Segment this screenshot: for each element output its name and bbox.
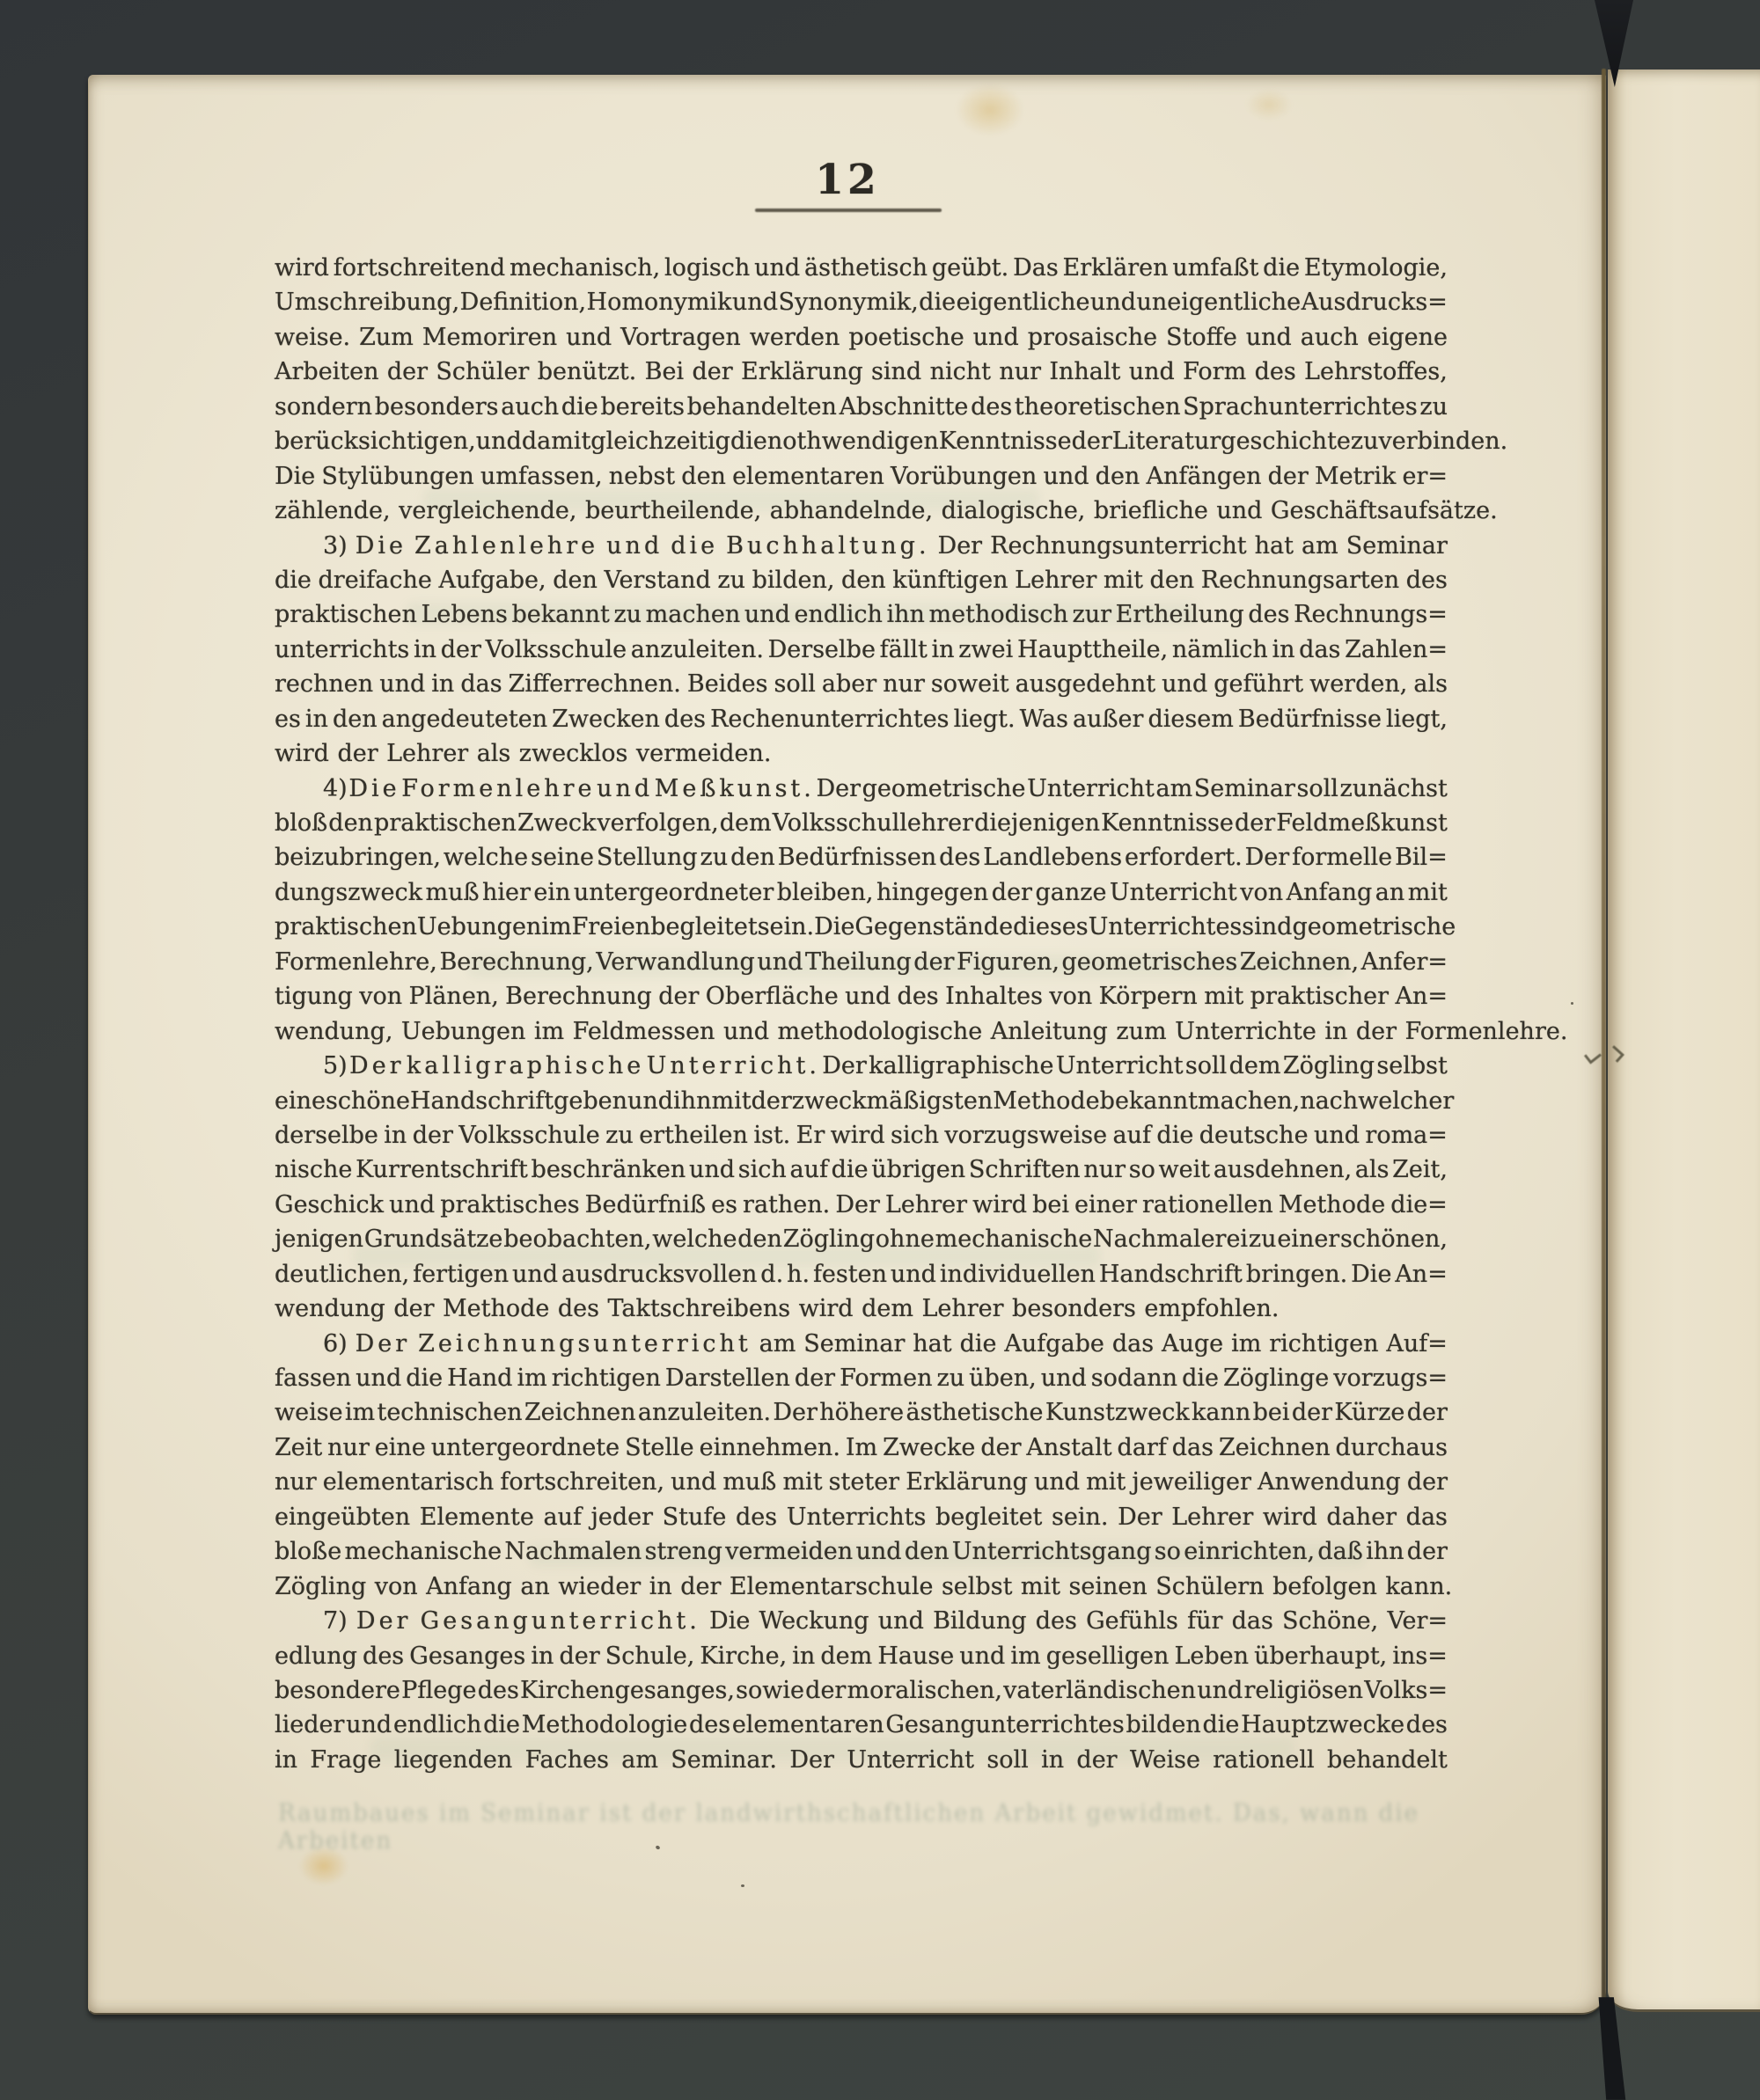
text-line: weiseimtechnischenZeichnenanzuleiten.Der… xyxy=(275,1399,1448,1433)
text-line: ZeitnureineuntergeordneteStelleeinnehmen… xyxy=(275,1434,1448,1468)
text-line: 5)DerkalligraphischeUnterricht.Derkallig… xyxy=(275,1052,1448,1087)
text-line: sondernbesondersauchdiebereitsbehandelte… xyxy=(275,393,1448,428)
text-line: besonderePflegedesKirchengesanges,sowied… xyxy=(275,1677,1448,1711)
text-line: bloßdenpraktischenZweckverfolgen,demVolk… xyxy=(275,809,1448,844)
text-line: wirdderLehreralszwecklosvermeiden. xyxy=(275,740,1448,774)
text-line: 6)DerZeichnungsunterrichtamSeminarhatdie… xyxy=(275,1330,1448,1365)
text-line: wendungderMethodedesTaktschreibenswirdde… xyxy=(275,1295,1448,1329)
text-line: liederundendlichdieMethodologiedeselemen… xyxy=(275,1711,1448,1745)
text-line: dungszweckmußhiereinuntergeordneterbleib… xyxy=(275,879,1448,913)
text-line: ZöglingvonAnfanganwiederinderElementarsc… xyxy=(275,1573,1448,1607)
text-line: eingeübtenElementeaufjederStufedesUnterr… xyxy=(275,1504,1448,1538)
text-line: jenigenGrundsätzebeobachten,welchedenZög… xyxy=(275,1226,1448,1260)
text-line: nurelementarischfortschreiten,undmußmits… xyxy=(275,1468,1448,1503)
text-line: ArbeitenderSchülerbenützt.BeiderErklärun… xyxy=(275,358,1448,392)
text-line: Formenlehre,Berechnung,VerwandlungundThe… xyxy=(275,948,1448,983)
text-line: 7)DerGesangunterricht.DieWeckungundBildu… xyxy=(275,1607,1448,1642)
page-number-rule xyxy=(755,209,942,212)
text-line: diedreifacheAufgabe,denVerstandzubilden,… xyxy=(275,567,1448,601)
text-line: eineschöneHandschriftgebenundihnmitderzw… xyxy=(275,1087,1448,1122)
page-number: 12 xyxy=(759,156,935,204)
body-text: wirdfortschreitendmechanisch,logischundä… xyxy=(275,254,1448,1781)
text-line: inFrageliegendenFachesamSeminar.DerUnter… xyxy=(275,1746,1448,1781)
text-line: esindenangedeutetenZweckendesRechenunter… xyxy=(275,706,1448,740)
text-line: DieStylübungenumfassen,nebstdenelementar… xyxy=(275,463,1448,497)
paper-stain xyxy=(1246,89,1292,121)
text-line: derselbeinderVolksschulezuertheilenist.E… xyxy=(275,1122,1448,1156)
text-line: tigungvonPlänen,BerechnungderOberflächeu… xyxy=(275,983,1448,1017)
book-page: 12 wirdfortschreitendmechanisch,logischu… xyxy=(88,75,1606,2015)
page-fold xyxy=(1602,69,1606,2011)
text-line: unterrichtsinderVolksschuleanzuleiten.De… xyxy=(275,636,1448,670)
text-line: 3)DieZahlenlehreunddieBuchhaltung.DerRec… xyxy=(275,532,1448,567)
bleedthrough-text: Raumbaues im Seminar ist der landwirthsc… xyxy=(278,1800,1422,1855)
text-line: fassenunddieHandimrichtigenDarstellender… xyxy=(275,1365,1448,1399)
text-line: edlungdesGesangesinderSchule,Kirche,inde… xyxy=(275,1643,1448,1677)
text-line: praktischenUebungenimFreienbegleitetsein… xyxy=(275,913,1448,948)
text-line: praktischenLebensbekanntzumachenundendli… xyxy=(275,601,1448,635)
binding-stitch xyxy=(1580,1043,1626,1070)
adjacent-page-edge xyxy=(1608,70,1760,2012)
text-line: zählende,vergleichende,beurtheilende,abh… xyxy=(275,497,1448,531)
text-line: bloßemechanischeNachmalenstrengvermeiden… xyxy=(275,1538,1448,1572)
text-line: GeschickundpraktischesBedürfnißesrathen.… xyxy=(275,1191,1448,1226)
paper-speck xyxy=(741,1884,744,1887)
text-line: nischeKurrentschriftbeschränkenundsichau… xyxy=(275,1156,1448,1190)
paper-stain xyxy=(956,84,1024,136)
paper-speck xyxy=(1571,1002,1573,1005)
text-line: Umschreibung,Definition,HomonymikundSyno… xyxy=(275,289,1448,323)
text-line: 4)DieFormenlehreundMeßkunst.Dergeometris… xyxy=(275,775,1448,809)
text-line: wendung,UebungenimFeldmessenundmethodolo… xyxy=(275,1018,1448,1052)
text-line: weise.ZumMemorirenundVortragenwerdenpoet… xyxy=(275,324,1448,358)
text-line: berücksichtigen,unddamitgleichzeitigdien… xyxy=(275,428,1448,462)
text-line: rechnenundindasZifferrechnen.Beidessolla… xyxy=(275,670,1448,705)
text-line: deutlichen,fertigenundausdrucksvollend.h… xyxy=(275,1261,1448,1295)
text-line: wirdfortschreitendmechanisch,logischundä… xyxy=(275,254,1448,289)
page-gap-shadow xyxy=(1589,1997,1632,2100)
text-line: beizubringen,welcheseineStellungzudenBed… xyxy=(275,844,1448,878)
